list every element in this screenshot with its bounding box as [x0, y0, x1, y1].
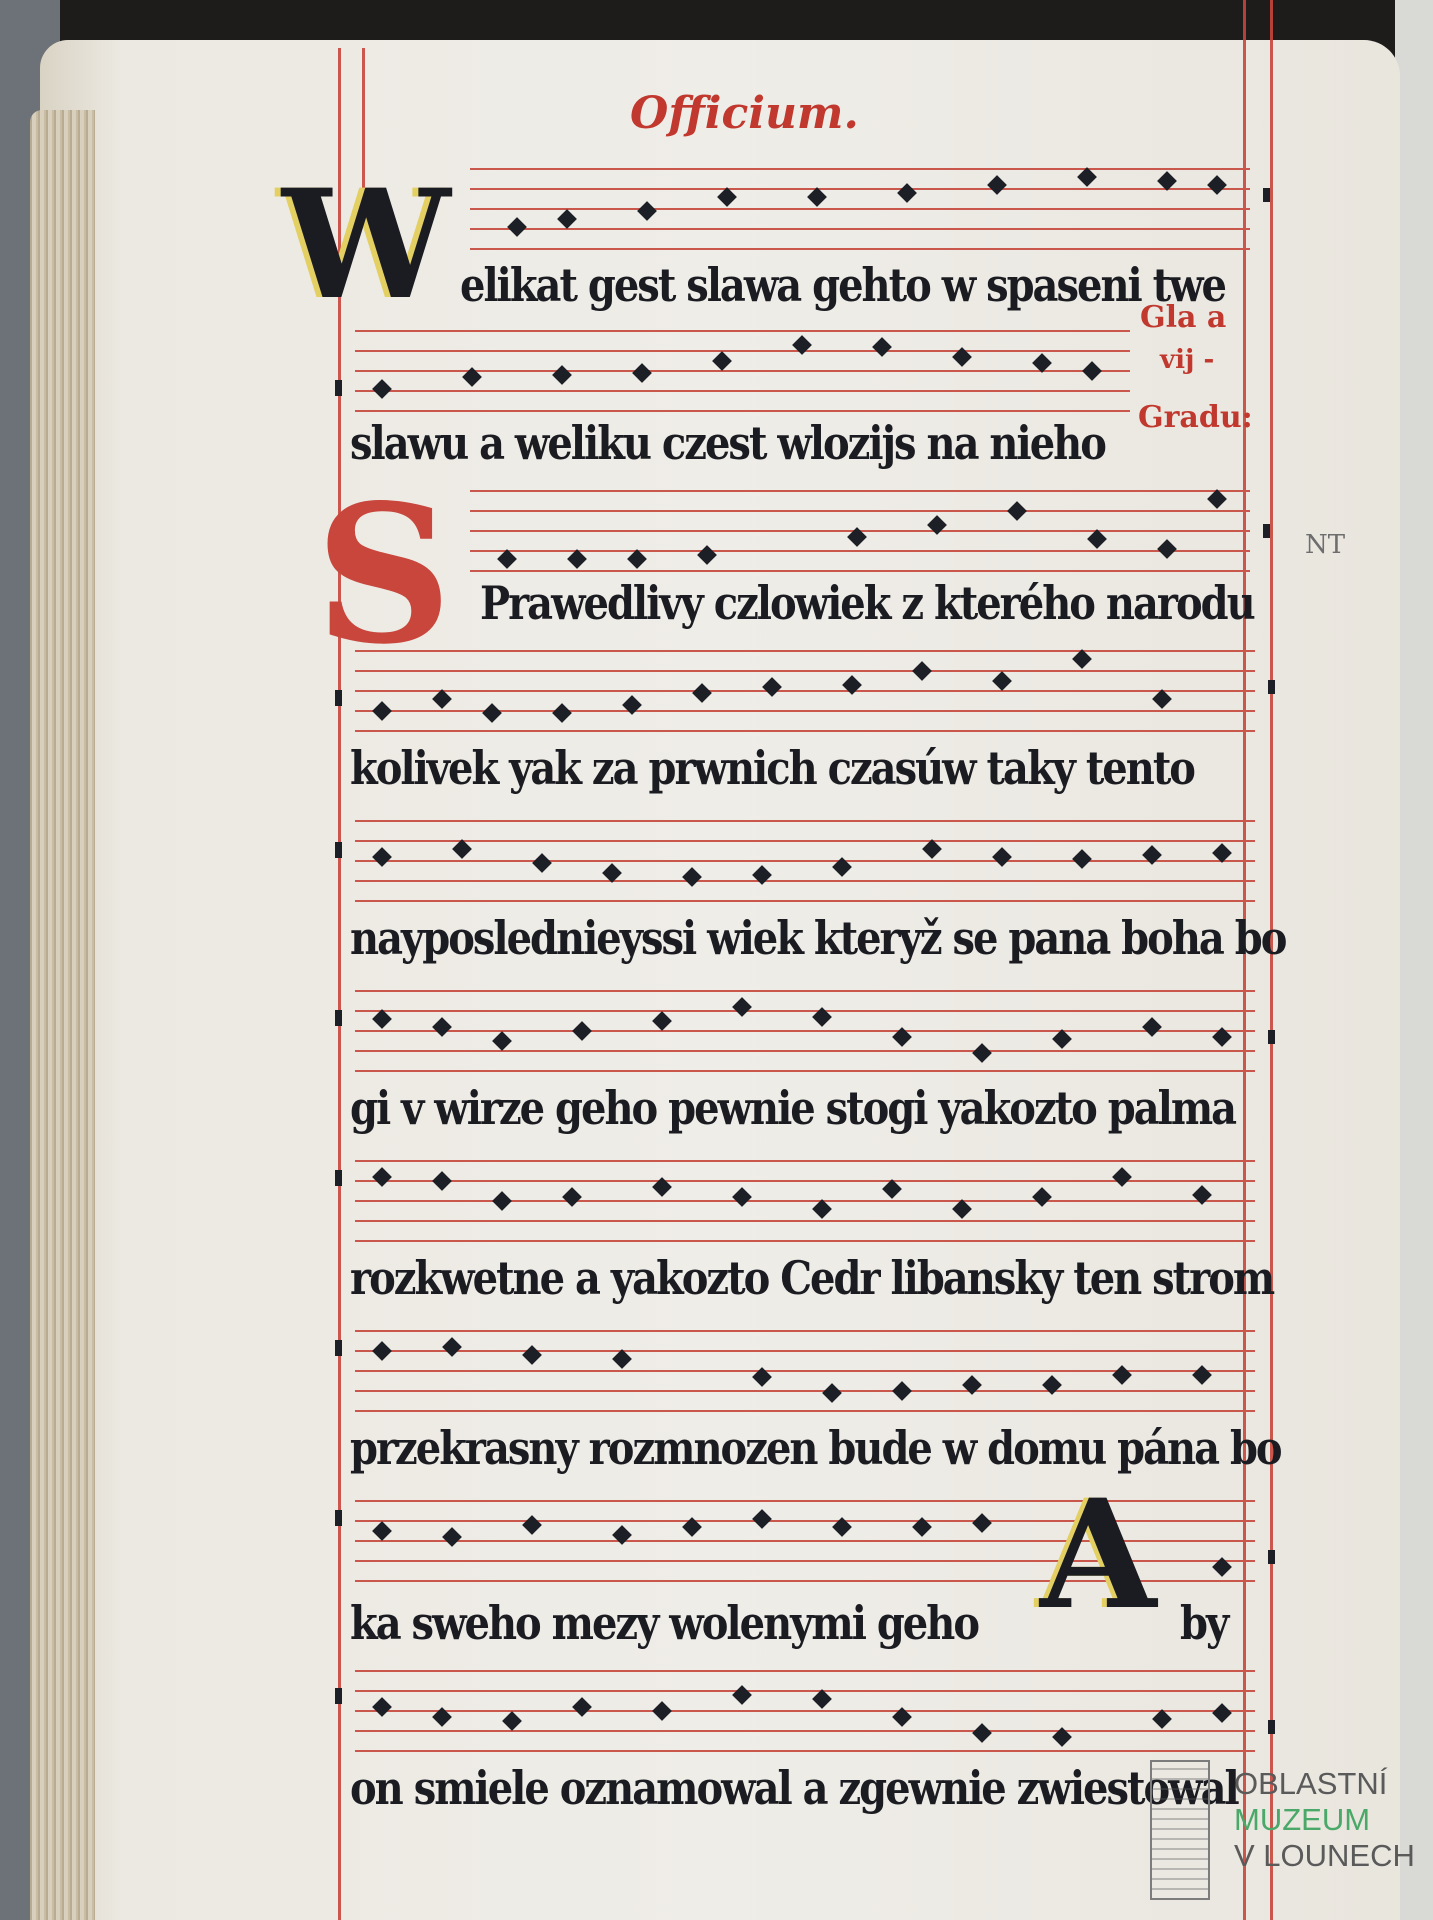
neume — [732, 1187, 752, 1207]
neume — [522, 1345, 542, 1365]
initial-a: A — [1040, 1480, 1156, 1630]
initial-w: W — [282, 170, 450, 320]
neume — [1007, 501, 1027, 521]
lyric-line-7: rozkwetne a yakozto Cedr libansky ten st… — [350, 1251, 1280, 1305]
museum-watermark: OBLASTNÍ MUZEUM V LOUNECH — [1150, 1760, 1433, 1910]
lyric-line-8: przekrasny rozmnozen bude w domu pána bo — [350, 1421, 1280, 1475]
neume — [987, 175, 1007, 195]
background-right — [1395, 0, 1433, 1920]
clef-mark — [335, 1688, 342, 1704]
neume — [432, 689, 452, 709]
staff-10 — [355, 1670, 1255, 1770]
neume — [682, 867, 702, 887]
neume — [372, 1167, 392, 1187]
lyric-line-10: on smiele oznamowal a zgewnie zwiestowal — [350, 1761, 1280, 1815]
neume — [812, 1199, 832, 1219]
staff-2 — [355, 330, 1130, 430]
initial-s: S — [315, 480, 452, 670]
watermark-line-3: V LOUNECH — [1234, 1840, 1415, 1871]
neume — [552, 365, 572, 385]
neume — [692, 683, 712, 703]
clef-mark — [335, 842, 342, 858]
clef-mark — [335, 1010, 342, 1026]
neume — [492, 1191, 512, 1211]
neume — [492, 1031, 512, 1051]
neume — [502, 1711, 522, 1731]
museum-tower-logo-icon — [1150, 1760, 1210, 1900]
neume — [652, 1701, 672, 1721]
neume — [637, 201, 657, 221]
neume — [1032, 1187, 1052, 1207]
lyric-line-4: kolivek yak za prwnich czasúw taky tento — [350, 741, 1280, 795]
neume — [442, 1337, 462, 1357]
lyric-line-9-end: by — [1180, 1596, 1260, 1650]
neume — [532, 853, 552, 873]
neume — [1207, 175, 1227, 195]
neume — [432, 1017, 452, 1037]
staff-5 — [355, 820, 1255, 920]
neume — [922, 839, 942, 859]
clef-mark — [335, 1340, 342, 1356]
neume — [912, 661, 932, 681]
neume — [1207, 489, 1227, 509]
neume — [1157, 539, 1177, 559]
neume — [752, 1509, 772, 1529]
neume — [372, 1341, 392, 1361]
neume — [632, 363, 652, 383]
neume — [1072, 649, 1092, 669]
neume — [732, 997, 752, 1017]
neume — [1052, 1029, 1072, 1049]
staff-4 — [355, 650, 1255, 750]
margin-note-gloria: Gla a — [1140, 300, 1226, 335]
neume — [372, 379, 392, 399]
neume — [1082, 361, 1102, 381]
neume — [572, 1697, 592, 1717]
neume — [507, 217, 527, 237]
neume — [497, 549, 517, 569]
neume — [697, 545, 717, 565]
neume — [442, 1527, 462, 1547]
staff-7 — [355, 1160, 1255, 1260]
custos-mark — [1268, 680, 1275, 694]
staff-8 — [355, 1330, 1255, 1430]
pencil-mark: NT — [1305, 530, 1345, 560]
neume — [652, 1011, 672, 1031]
neume — [717, 187, 737, 207]
custos-mark — [1268, 1030, 1275, 1044]
lyric-line-9: ka sweho mezy wolenymi geho — [350, 1596, 1030, 1650]
neume — [552, 703, 572, 723]
neume — [882, 1179, 902, 1199]
neume — [1077, 167, 1097, 187]
neume — [807, 187, 827, 207]
neume — [992, 671, 1012, 691]
clef-mark — [335, 690, 342, 706]
neume — [972, 1513, 992, 1533]
custos-mark — [1263, 188, 1270, 202]
neume — [372, 1697, 392, 1717]
neume — [892, 1381, 912, 1401]
neume — [822, 1383, 842, 1403]
staff-1 — [470, 168, 1250, 268]
neume — [1152, 1709, 1172, 1729]
custos-mark — [1268, 1720, 1275, 1734]
neume — [557, 209, 577, 229]
neume — [812, 1689, 832, 1709]
neume — [612, 1349, 632, 1369]
lyric-line-6: gi v wirze geho pewnie stogi yakozto pal… — [350, 1081, 1280, 1135]
neume — [1152, 689, 1172, 709]
clef-mark — [335, 380, 342, 396]
neume — [372, 701, 392, 721]
margin-note-tone: vij - — [1160, 345, 1214, 375]
neume — [372, 1521, 392, 1541]
neume — [732, 1685, 752, 1705]
neume — [482, 703, 502, 723]
neume — [1087, 529, 1107, 549]
neume — [972, 1043, 992, 1063]
lyric-line-3: Prawedlivy czlowiek z kterého narodu — [480, 576, 1410, 630]
clef-mark — [335, 1510, 342, 1526]
page-edges — [30, 110, 95, 1920]
neume — [1142, 1017, 1162, 1037]
neume — [567, 549, 587, 569]
neume — [897, 183, 917, 203]
neume — [1112, 1365, 1132, 1385]
neume — [452, 839, 472, 859]
watermark-line-1: OBLASTNÍ — [1234, 1768, 1387, 1799]
neume — [627, 549, 647, 569]
neume — [872, 337, 892, 357]
neume — [1192, 1365, 1212, 1385]
lyric-line-5: nayposlednieyssi wiek kteryž se pana boh… — [350, 911, 1280, 965]
watermark-line-2: MUZEUM — [1234, 1804, 1370, 1835]
neume — [1212, 1703, 1232, 1723]
custos-mark — [1263, 524, 1270, 538]
neume — [522, 1515, 542, 1535]
clef-mark — [335, 1170, 342, 1186]
neume — [1112, 1167, 1132, 1187]
staff-3 — [470, 490, 1250, 590]
neume — [1072, 849, 1092, 869]
neume — [762, 677, 782, 697]
neume — [572, 1021, 592, 1041]
neume — [432, 1171, 452, 1191]
neume — [372, 1009, 392, 1029]
neume — [372, 847, 392, 867]
page-heading: Officium. — [630, 88, 859, 139]
staff-6 — [355, 990, 1255, 1090]
lyric-line-1: elikat gest slawa gehto w spaseni twe — [460, 258, 1240, 312]
custos-mark — [1268, 1550, 1275, 1564]
neume — [562, 1187, 582, 1207]
margin-note-gradual: Gradu: — [1138, 400, 1253, 435]
neume — [972, 1723, 992, 1743]
neume — [992, 847, 1012, 867]
neume — [952, 1199, 972, 1219]
neume — [712, 351, 732, 371]
